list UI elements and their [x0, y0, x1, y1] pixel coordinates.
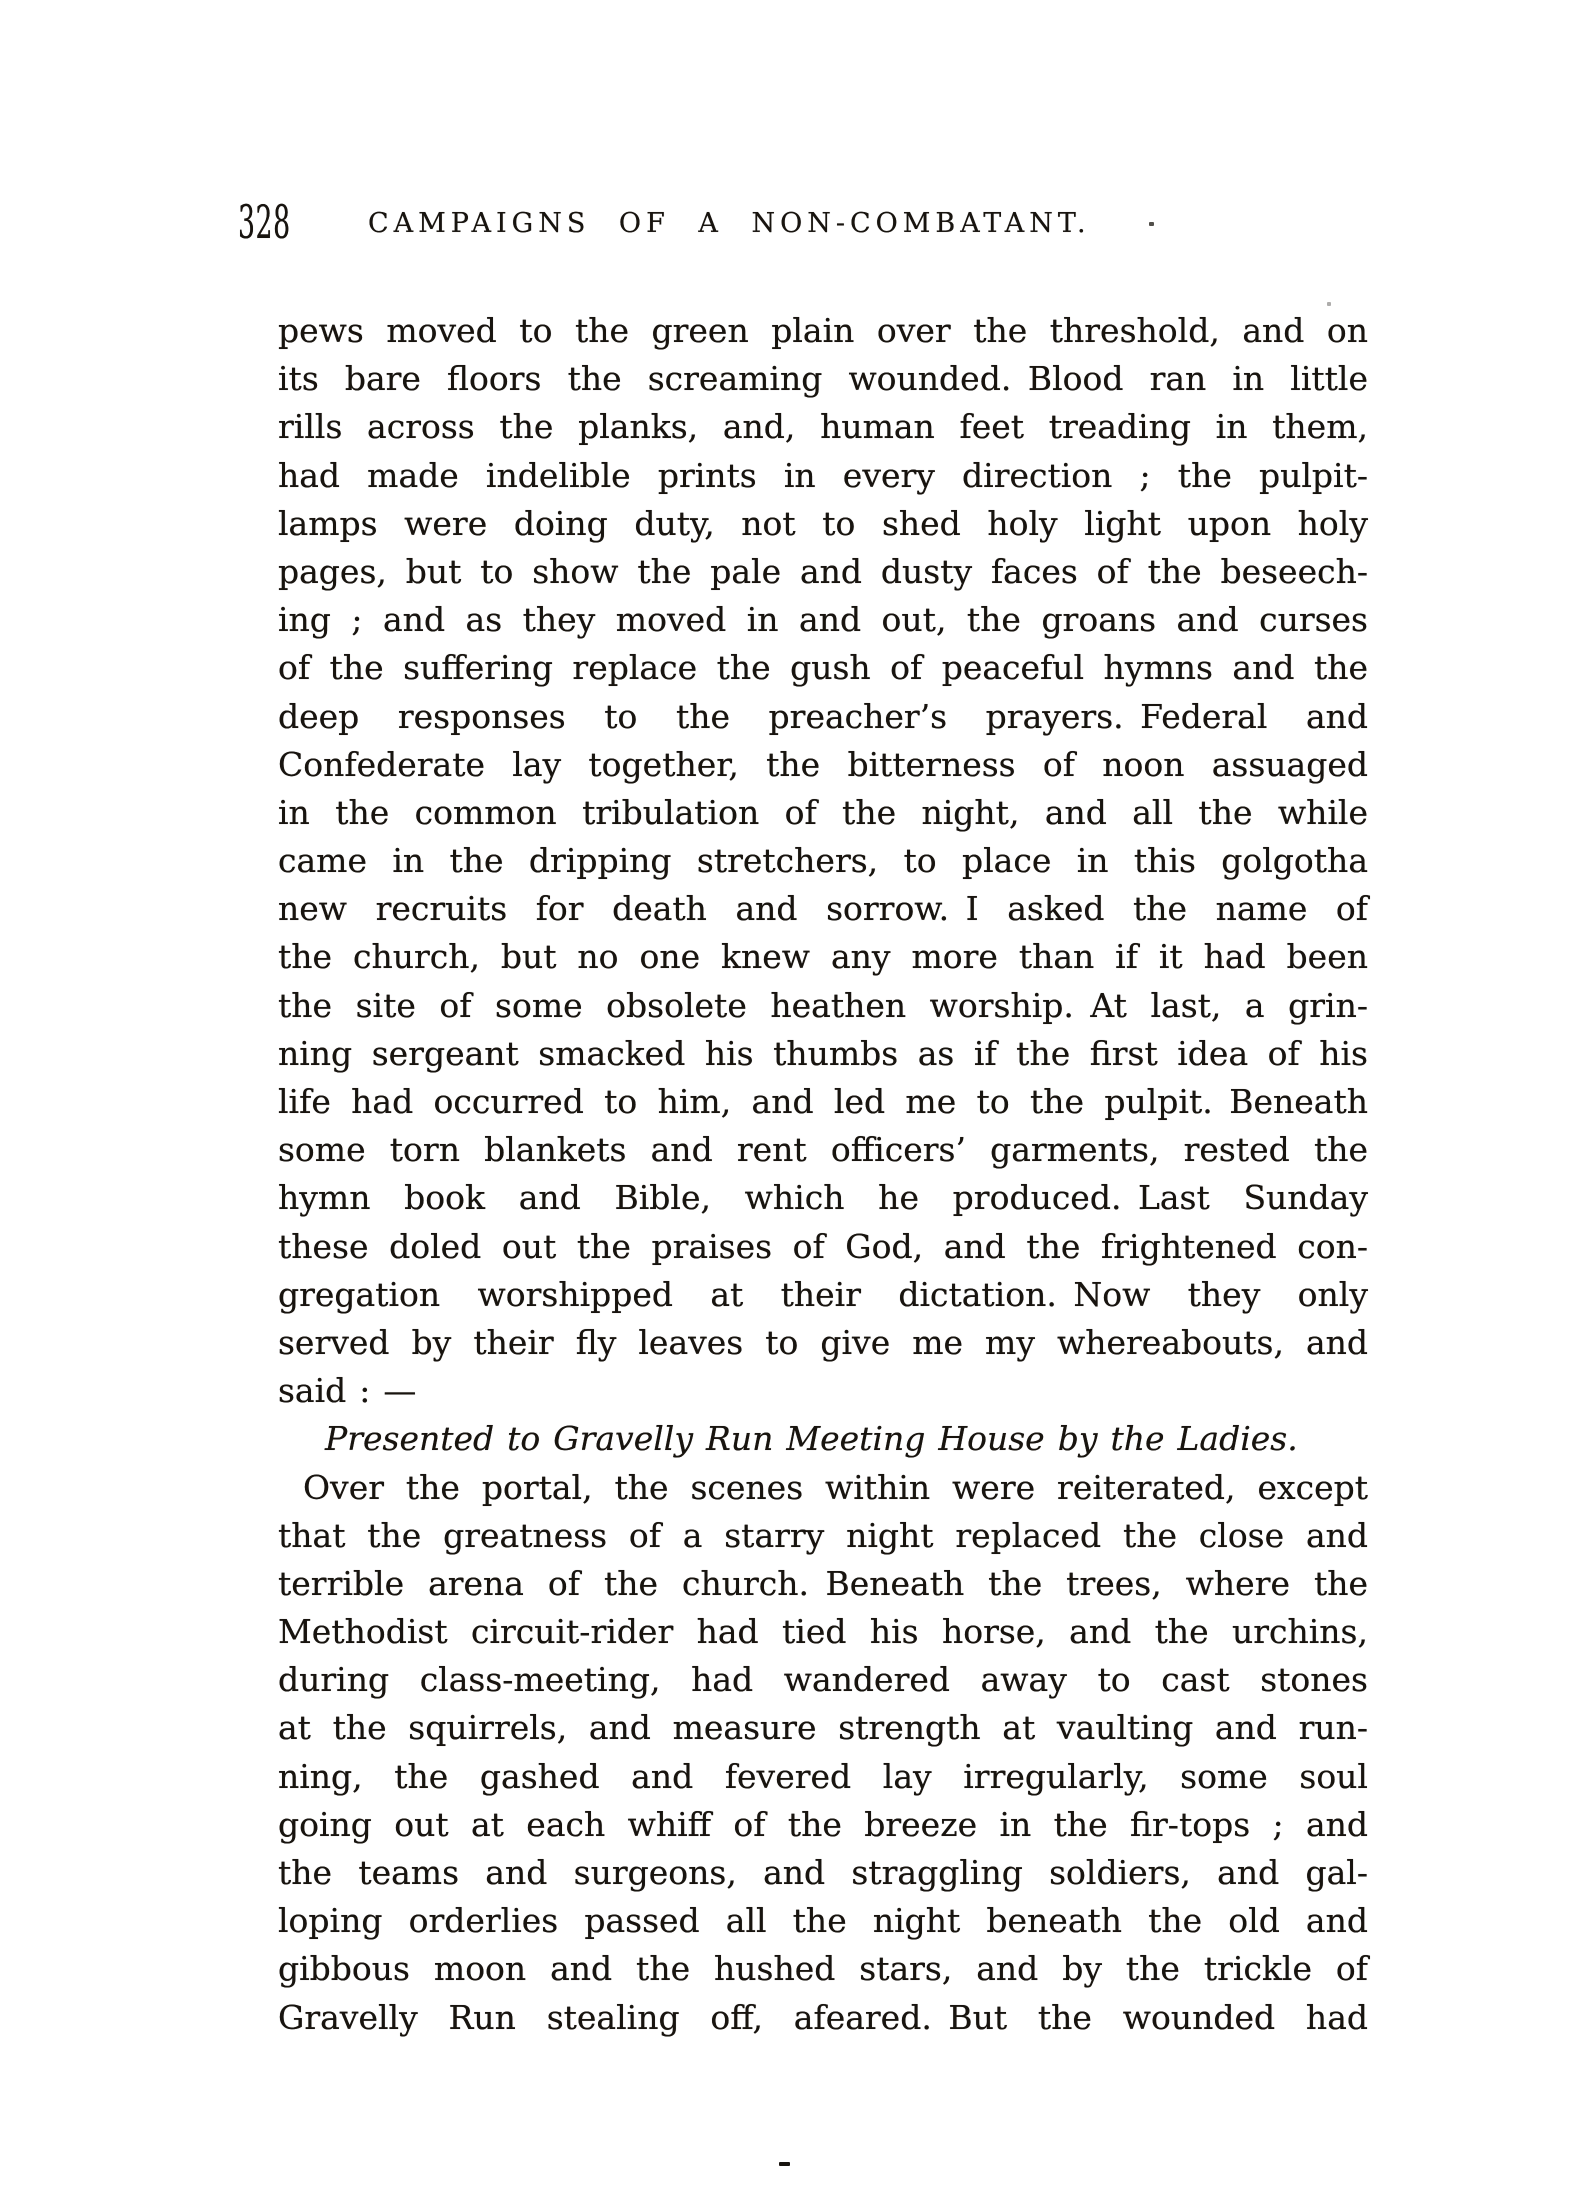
text-line: new recruits for death and sorrow. I ask…: [278, 885, 1368, 933]
inscription-line: Presented to Gravelly Run Meeting House …: [278, 1415, 1368, 1463]
text-line: came in the dripping stretchers, to plac…: [278, 837, 1368, 885]
text-line: life had occurred to him, and led me to …: [278, 1078, 1368, 1126]
scan-artifact-speck: [1149, 222, 1154, 226]
text-line: gregation worshipped at their dictation.…: [278, 1271, 1368, 1319]
scanned-book-page: { "colors": { "paper": "#ffffff", "ink":…: [0, 0, 1581, 2206]
text-block: pews moved to the green plain over the t…: [278, 307, 1368, 2042]
text-line: served by their fly leaves to give me my…: [278, 1319, 1368, 1367]
text-line: going out at each whiff of the breeze in…: [278, 1801, 1368, 1849]
scan-artifact-dash: [779, 2162, 790, 2166]
scan-artifact-speck: [1327, 302, 1331, 306]
text-line: Gravelly Run stealing off, afeared. But …: [278, 1994, 1368, 2042]
running-head-title: CAMPAIGNS OF A NON-COMBATANT.: [368, 209, 1091, 239]
page-number: 328: [238, 203, 291, 241]
text-line: at the squirrels, and measure strength a…: [278, 1704, 1368, 1752]
text-line: had made indelible prints in every direc…: [278, 452, 1368, 500]
text-line: ning, the gashed and fevered lay irregul…: [278, 1753, 1368, 1801]
text-line: the site of some obsolete heathen worshi…: [278, 982, 1368, 1030]
text-line: hymn book and Bible, which he produced. …: [278, 1174, 1368, 1222]
text-line: ning sergeant smacked his thumbs as if t…: [278, 1030, 1368, 1078]
text-line: deep responses to the preacher’s prayers…: [278, 693, 1368, 741]
text-line: that the greatness of a starry night rep…: [278, 1512, 1368, 1560]
text-line: terrible arena of the church. Beneath th…: [278, 1560, 1368, 1608]
text-line: pages, but to show the pale and dusty fa…: [278, 548, 1368, 596]
text-line: of the suffering replace the gush of pea…: [278, 644, 1368, 692]
text-line: its bare floors the screaming wounded. B…: [278, 355, 1368, 403]
text-line: these doled out the praises of God, and …: [278, 1223, 1368, 1271]
text-line: gibbous moon and the hushed stars, and b…: [278, 1945, 1368, 1993]
text-line: ing ; and as they moved in and out, the …: [278, 596, 1368, 644]
text-line: loping orderlies passed all the night be…: [278, 1897, 1368, 1945]
text-line: some torn blankets and rent officers’ ga…: [278, 1126, 1368, 1174]
text-line: the teams and surgeons, and straggling s…: [278, 1849, 1368, 1897]
text-line: Over the portal, the scenes within were …: [278, 1464, 1368, 1512]
text-line: Confederate lay together, the bitterness…: [278, 741, 1368, 789]
text-line: said : —: [278, 1367, 1368, 1415]
text-line: lamps were doing duty, not to shed holy …: [278, 500, 1368, 548]
text-line: the church, but no one knew any more tha…: [278, 933, 1368, 981]
text-line: during class-meeting, had wandered away …: [278, 1656, 1368, 1704]
text-line: in the common tribulation of the night, …: [278, 789, 1368, 837]
text-line: rills across the planks, and, human feet…: [278, 403, 1368, 451]
text-line: pews moved to the green plain over the t…: [278, 307, 1368, 355]
text-line: Methodist circuit-rider had tied his hor…: [278, 1608, 1368, 1656]
